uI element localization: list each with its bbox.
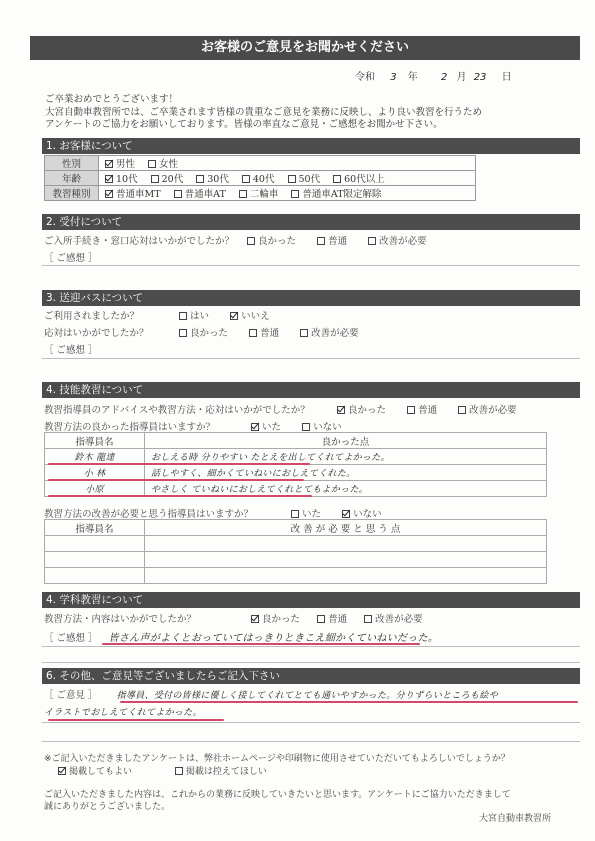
- academic-normal-option[interactable]: 普通: [317, 611, 347, 625]
- checkbox-checked-icon[interactable]: [230, 312, 238, 320]
- checkbox-icon[interactable]: [179, 312, 187, 320]
- course-at-option[interactable]: 普通車AT: [174, 186, 226, 200]
- highlight-underline: [48, 495, 312, 497]
- checkbox-icon[interactable]: [407, 406, 415, 414]
- checkbox-icon[interactable]: [302, 423, 310, 431]
- age-20s-option[interactable]: 20代: [151, 171, 184, 185]
- improve-instructor-no-option[interactable]: いない: [342, 506, 382, 520]
- checkbox-icon[interactable]: [288, 175, 296, 183]
- highlight-underline: [120, 701, 578, 703]
- improve-point[interactable]: [145, 536, 547, 552]
- date-day[interactable]: 23: [474, 72, 487, 83]
- checkbox-icon[interactable]: [317, 237, 325, 245]
- reception-normal-option[interactable]: 普通: [317, 233, 347, 247]
- course-type-row: 教習種別 普通車MT 普通車AT 二輪車 普通車AT限定解除: [45, 186, 476, 201]
- highlight-underline: [48, 479, 304, 481]
- other-comment-line2[interactable]: イラストでおしえてくれてよかった。: [44, 708, 202, 718]
- other-comment-line[interactable]: [42, 722, 580, 723]
- reception-comment-line[interactable]: [42, 265, 580, 266]
- gender-label: 性別: [45, 156, 99, 171]
- checkbox-checked-icon[interactable]: [105, 175, 113, 183]
- checkbox-icon[interactable]: [458, 406, 466, 414]
- table-row: [45, 568, 547, 584]
- skill-good-option[interactable]: 良かった: [337, 402, 386, 416]
- bus-service-question: 応対はいかがでしたか？: [44, 325, 176, 339]
- course-mt-option[interactable]: 普通車MT: [105, 186, 161, 200]
- academic-good-option[interactable]: 良かった: [251, 611, 300, 625]
- skill-advice-row: 教習指導員のアドバイスや教習方法・応対はいかがでしたか？ 良かった 普通 改善が…: [44, 402, 527, 416]
- bus-yes-option[interactable]: はい: [179, 308, 209, 322]
- intro-line: ご卒業おめでとうございます！: [45, 94, 482, 107]
- course-motorcycle-option[interactable]: 二輪車: [239, 186, 279, 200]
- checkbox-icon[interactable]: [364, 615, 372, 623]
- other-comment-row: ［ ご意見 ］ 指導員、受付の皆様に優しく接してくれてとても通いやすかった。分り…: [44, 687, 498, 701]
- checkbox-icon[interactable]: [247, 237, 255, 245]
- column-header-improve-points: 改 善 が 必 要 と 思 う 点: [145, 520, 547, 536]
- course-type-label: 教習種別: [45, 186, 99, 201]
- form-title: お客様のご意見をお聞かせください: [30, 36, 580, 60]
- checkbox-icon[interactable]: [179, 329, 187, 337]
- reception-good-option[interactable]: 良かった: [247, 233, 296, 247]
- checkbox-icon[interactable]: [174, 190, 182, 198]
- consent-options: 掲載してもよい 掲載は控えてほしい: [58, 766, 277, 778]
- academic-question: 教習方法・内容はいかがでしたか？: [44, 611, 248, 625]
- other-comment-line1[interactable]: 指導員、受付の皆様に優しく接してくれてとても通いやすかった。分りずらいところも絵…: [117, 691, 498, 701]
- checkbox-icon[interactable]: [249, 329, 257, 337]
- bus-comment-label: ［ ご感想 ］: [44, 342, 98, 356]
- consent-allow-option[interactable]: 掲載してもよい: [58, 766, 132, 778]
- improve-point[interactable]: [145, 568, 547, 584]
- other-comment-label: ［ ご意見 ］: [44, 690, 98, 701]
- other-comment-line[interactable]: [42, 741, 580, 742]
- gender-female-option[interactable]: 女性: [148, 156, 178, 170]
- section-6-header: 6. その他、ご意見等ございましたらご記入下さい: [42, 668, 580, 684]
- checkbox-checked-icon[interactable]: [342, 510, 350, 518]
- checkbox-icon[interactable]: [291, 510, 299, 518]
- thanks-line: 誠にありがとうございました。: [44, 801, 511, 813]
- instructor-name[interactable]: [45, 552, 145, 568]
- improve-instructor-question: 教習方法の改善が必要と思う指導員はいますか？: [44, 506, 288, 520]
- bus-usage-row: ご利用されましたか？ はい いいえ: [44, 308, 280, 322]
- reception-improve-option[interactable]: 改善が必要: [368, 233, 427, 247]
- age-label: 年齢: [45, 171, 99, 186]
- column-header-good-points: 良かった点: [145, 433, 547, 449]
- intro-line: 大宮自動車教習所では、ご卒業されます皆様の貴重なご意見を業務に反映し、より良い教…: [45, 107, 482, 120]
- course-at-limit-release-option[interactable]: 普通車AT限定解除: [291, 186, 381, 200]
- bus-usage-question: ご利用されましたか？: [44, 308, 176, 322]
- skill-advice-question: 教習指導員のアドバイスや教習方法・応対はいかがでしたか？: [44, 402, 334, 416]
- checkbox-icon[interactable]: [368, 237, 376, 245]
- age-50s-option[interactable]: 50代: [288, 171, 321, 185]
- checkbox-icon[interactable]: [317, 615, 325, 623]
- section-4-header: 4. 技能教習について: [42, 382, 580, 398]
- academic-improve-option[interactable]: 改善が必要: [364, 611, 423, 625]
- checkbox-icon[interactable]: [175, 767, 183, 775]
- highlight-underline: [102, 643, 420, 645]
- section-5-header: 4. 学科教習について: [42, 592, 580, 608]
- age-row: 年齢 10代 20代 30代 40代 50代 60代以上: [45, 171, 476, 186]
- improve-instructor-table: 指導員名 改 善 が 必 要 と 思 う 点: [44, 519, 547, 584]
- section-3-header: 3. 送迎バスについて: [42, 290, 580, 306]
- highlight-underline: [48, 463, 310, 465]
- bus-improve-option[interactable]: 改善が必要: [300, 325, 359, 339]
- checkbox-icon[interactable]: [196, 175, 204, 183]
- bus-normal-option[interactable]: 普通: [249, 325, 279, 339]
- reception-question: ご入所手続き・窓口応対はいかがでしたか？: [44, 233, 244, 247]
- section-2-header: 2. 受付について: [42, 214, 580, 230]
- date-era: 令和: [355, 68, 375, 83]
- good-instructor-row: 教習方法の良かった指導員はいますか？ いた いない: [44, 419, 352, 433]
- instructor-name[interactable]: [45, 536, 145, 552]
- academic-question-row: 教習方法・内容はいかがでしたか？ 良かった 普通 改善が必要: [44, 611, 433, 625]
- date-month-label: 月: [457, 68, 467, 83]
- checkbox-checked-icon[interactable]: [251, 615, 259, 623]
- academic-comment-line[interactable]: [42, 662, 580, 663]
- age-40s-option[interactable]: 40代: [242, 171, 275, 185]
- good-instructor-yes-option[interactable]: いた: [251, 419, 281, 433]
- date-year[interactable]: 3: [390, 72, 396, 83]
- column-header-instructor: 指導員名: [45, 520, 145, 536]
- skill-improve-option[interactable]: 改善が必要: [458, 402, 517, 416]
- good-instructor-no-option[interactable]: いない: [302, 419, 342, 433]
- improve-instructor-yes-option[interactable]: いた: [291, 506, 321, 520]
- date-day-label: 日: [502, 68, 512, 83]
- age-60s-option[interactable]: 60代以上: [333, 171, 385, 185]
- intro-line: アンケートのご協力をお願いしております。皆様の率直なご意見・ご感想をお聞かせ下さ…: [45, 119, 482, 132]
- table-row: [45, 536, 547, 552]
- other-comment-row-2: イラストでおしえてくれてよかった。: [44, 705, 202, 718]
- date-month[interactable]: 2: [441, 72, 447, 83]
- checkbox-icon[interactable]: [151, 175, 159, 183]
- bus-comment-line[interactable]: [42, 358, 580, 359]
- checkbox-checked-icon[interactable]: [251, 423, 259, 431]
- checkbox-icon[interactable]: [300, 329, 308, 337]
- date: 令和 3 年 2 月 23 日: [355, 68, 512, 83]
- academic-comment-label: ［ ご感想 ］: [44, 633, 98, 644]
- good-instructor-question: 教習方法の良かった指導員はいますか？: [44, 419, 248, 433]
- school-signature: 大宮自動車教習所: [479, 813, 551, 825]
- checkbox-checked-icon[interactable]: [105, 160, 113, 168]
- thanks-message: ご記入いただきました内容は、これからの業務に反映していきたいと思います。アンケー…: [44, 789, 511, 813]
- intro-text: ご卒業おめでとうございます！ 大宮自動車教習所では、ご卒業されます皆様の貴重なご…: [45, 94, 482, 132]
- improve-point[interactable]: [145, 552, 547, 568]
- consent-deny-option[interactable]: 掲載は控えてほしい: [175, 766, 267, 778]
- section-1-header: 1. お客様について: [42, 138, 580, 154]
- checkbox-checked-icon[interactable]: [105, 190, 113, 198]
- bus-good-option[interactable]: 良かった: [179, 325, 228, 339]
- instructor-name[interactable]: [45, 568, 145, 584]
- checkbox-icon[interactable]: [333, 175, 341, 183]
- table-row: [45, 552, 547, 568]
- checkbox-icon[interactable]: [148, 160, 156, 168]
- date-year-label: 年: [408, 68, 418, 83]
- improve-instructor-row: 教習方法の改善が必要と思う指導員はいますか？ いた いない: [44, 506, 392, 520]
- highlight-underline: [48, 719, 224, 721]
- checkbox-checked-icon[interactable]: [337, 406, 345, 414]
- bus-service-row: 応対はいかがでしたか？ 良かった 普通 改善が必要: [44, 325, 369, 339]
- gender-row: 性別 男性 女性: [45, 156, 476, 171]
- academic-comment-row: ［ ご感想 ］ 皆さん声がよくとおっていてはっきりときこえ細かくていねいだった。: [44, 629, 438, 644]
- consent-question: ※ご記入いただきましたアンケートは、弊社ホームページや印刷物に使用させていただい…: [44, 753, 510, 765]
- age-10s-option[interactable]: 10代: [105, 171, 138, 185]
- checkbox-icon[interactable]: [242, 175, 250, 183]
- reception-comment-label: ［ ご感想 ］: [44, 250, 98, 264]
- customer-info-table: 性別 男性 女性 年齢 10代 20代 30代 40代 50代 60代以上 教習…: [44, 155, 476, 201]
- bus-no-option[interactable]: いいえ: [230, 308, 270, 322]
- reception-question-row: ご入所手続き・窓口応対はいかがでしたか？ 良かった 普通 改善が必要: [44, 233, 437, 247]
- academic-comment-line[interactable]: [42, 646, 580, 647]
- thanks-line: ご記入いただきました内容は、これからの業務に反映していきたいと思います。アンケー…: [44, 789, 511, 801]
- gender-male-option[interactable]: 男性: [105, 156, 135, 170]
- age-30s-option[interactable]: 30代: [196, 171, 229, 185]
- checkbox-icon[interactable]: [239, 190, 247, 198]
- skill-normal-option[interactable]: 普通: [407, 402, 437, 416]
- checkbox-icon[interactable]: [291, 190, 299, 198]
- column-header-instructor: 指導員名: [45, 433, 145, 449]
- checkbox-checked-icon[interactable]: [58, 767, 66, 775]
